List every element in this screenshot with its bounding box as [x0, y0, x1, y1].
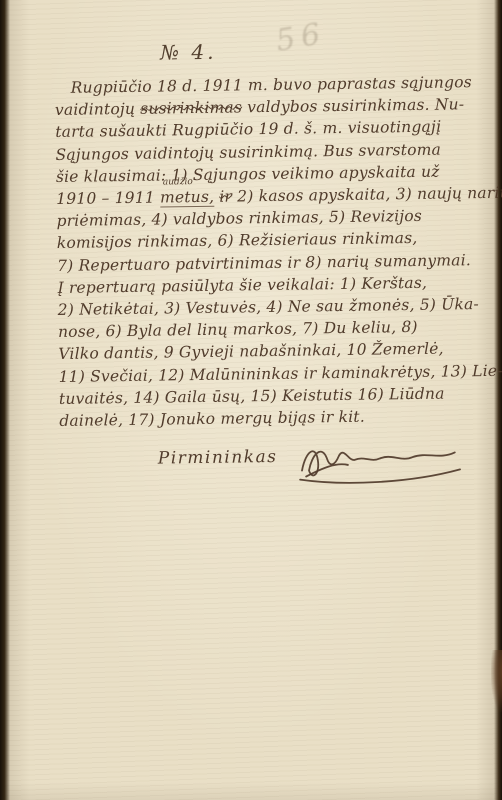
corrected-word: metus,audžio — [160, 188, 214, 208]
handwriting-text: komisijos rinkimas, 6) Režisieriaus rink… — [57, 229, 418, 252]
closing-row: Pirmininkas — [158, 436, 501, 493]
archive-number: № 4. — [160, 36, 494, 65]
handwriting-text: priėmimas, 4) valdybos rinkimas, 5) Revi… — [56, 207, 422, 230]
struck-text: susirinkimas — [140, 99, 242, 118]
inserted-word: audžio — [163, 177, 193, 187]
handwriting-text: nose, 6) Byla del linų markos, 7) Du kel… — [58, 318, 418, 341]
handwriting-text: Sąjungos vaidintojų susirinkimą. Bus sva… — [55, 140, 441, 163]
handwriting-text: 1910 – 1911 — [56, 189, 160, 208]
handwriting-text: Į repertuarą pasiūlyta šie veikalai: 1) … — [57, 274, 427, 297]
handwriting-text: tarta sušaukti Rugpiūčio 19 d. š. m. vis… — [55, 118, 441, 141]
handwriting-text: valdybos susirinkimas. Nu- — [242, 95, 464, 116]
handwriting-text: vaidintojų — [55, 100, 141, 119]
handwriting-text: Vilko dantis, 9 Gyvieji nabašninkai, 10 … — [58, 340, 444, 363]
document-page: 56 № 4. Rugpiūčio 18 d. 1911 m. buvo pap… — [0, 0, 502, 800]
handwriting-text: 2) kasos apyskaita, 3) naujų narių — [232, 184, 502, 206]
scan-edge-left — [0, 0, 10, 800]
signature-flourish — [291, 436, 470, 490]
chairman-label: Pirmininkas — [158, 439, 278, 469]
struck-text: ir — [219, 188, 232, 206]
handwriting-line: dainelė, 17) Jonuko mergų bijąs ir kit. — [59, 404, 499, 432]
handwriting-block: № 4. Rugpiūčio 18 d. 1911 m. buvo papras… — [54, 36, 500, 494]
handwriting-text: tuvaitės, 14) Gaila ūsų, 15) Keistutis 1… — [59, 384, 445, 407]
handwriting-text: dainelė, 17) Jonuko mergų bijąs ir kit. — [59, 408, 365, 430]
body-text: Rugpiūčio 18 d. 1911 m. buvo paprastas s… — [54, 71, 499, 432]
edge-smudge — [491, 650, 502, 712]
handwriting-text: šie klausimai: 1) Sąjungos veikimo apysk… — [56, 162, 440, 185]
handwriting-text: 7) Repertuaro patvirtinimas ir 8) narių … — [57, 251, 471, 275]
